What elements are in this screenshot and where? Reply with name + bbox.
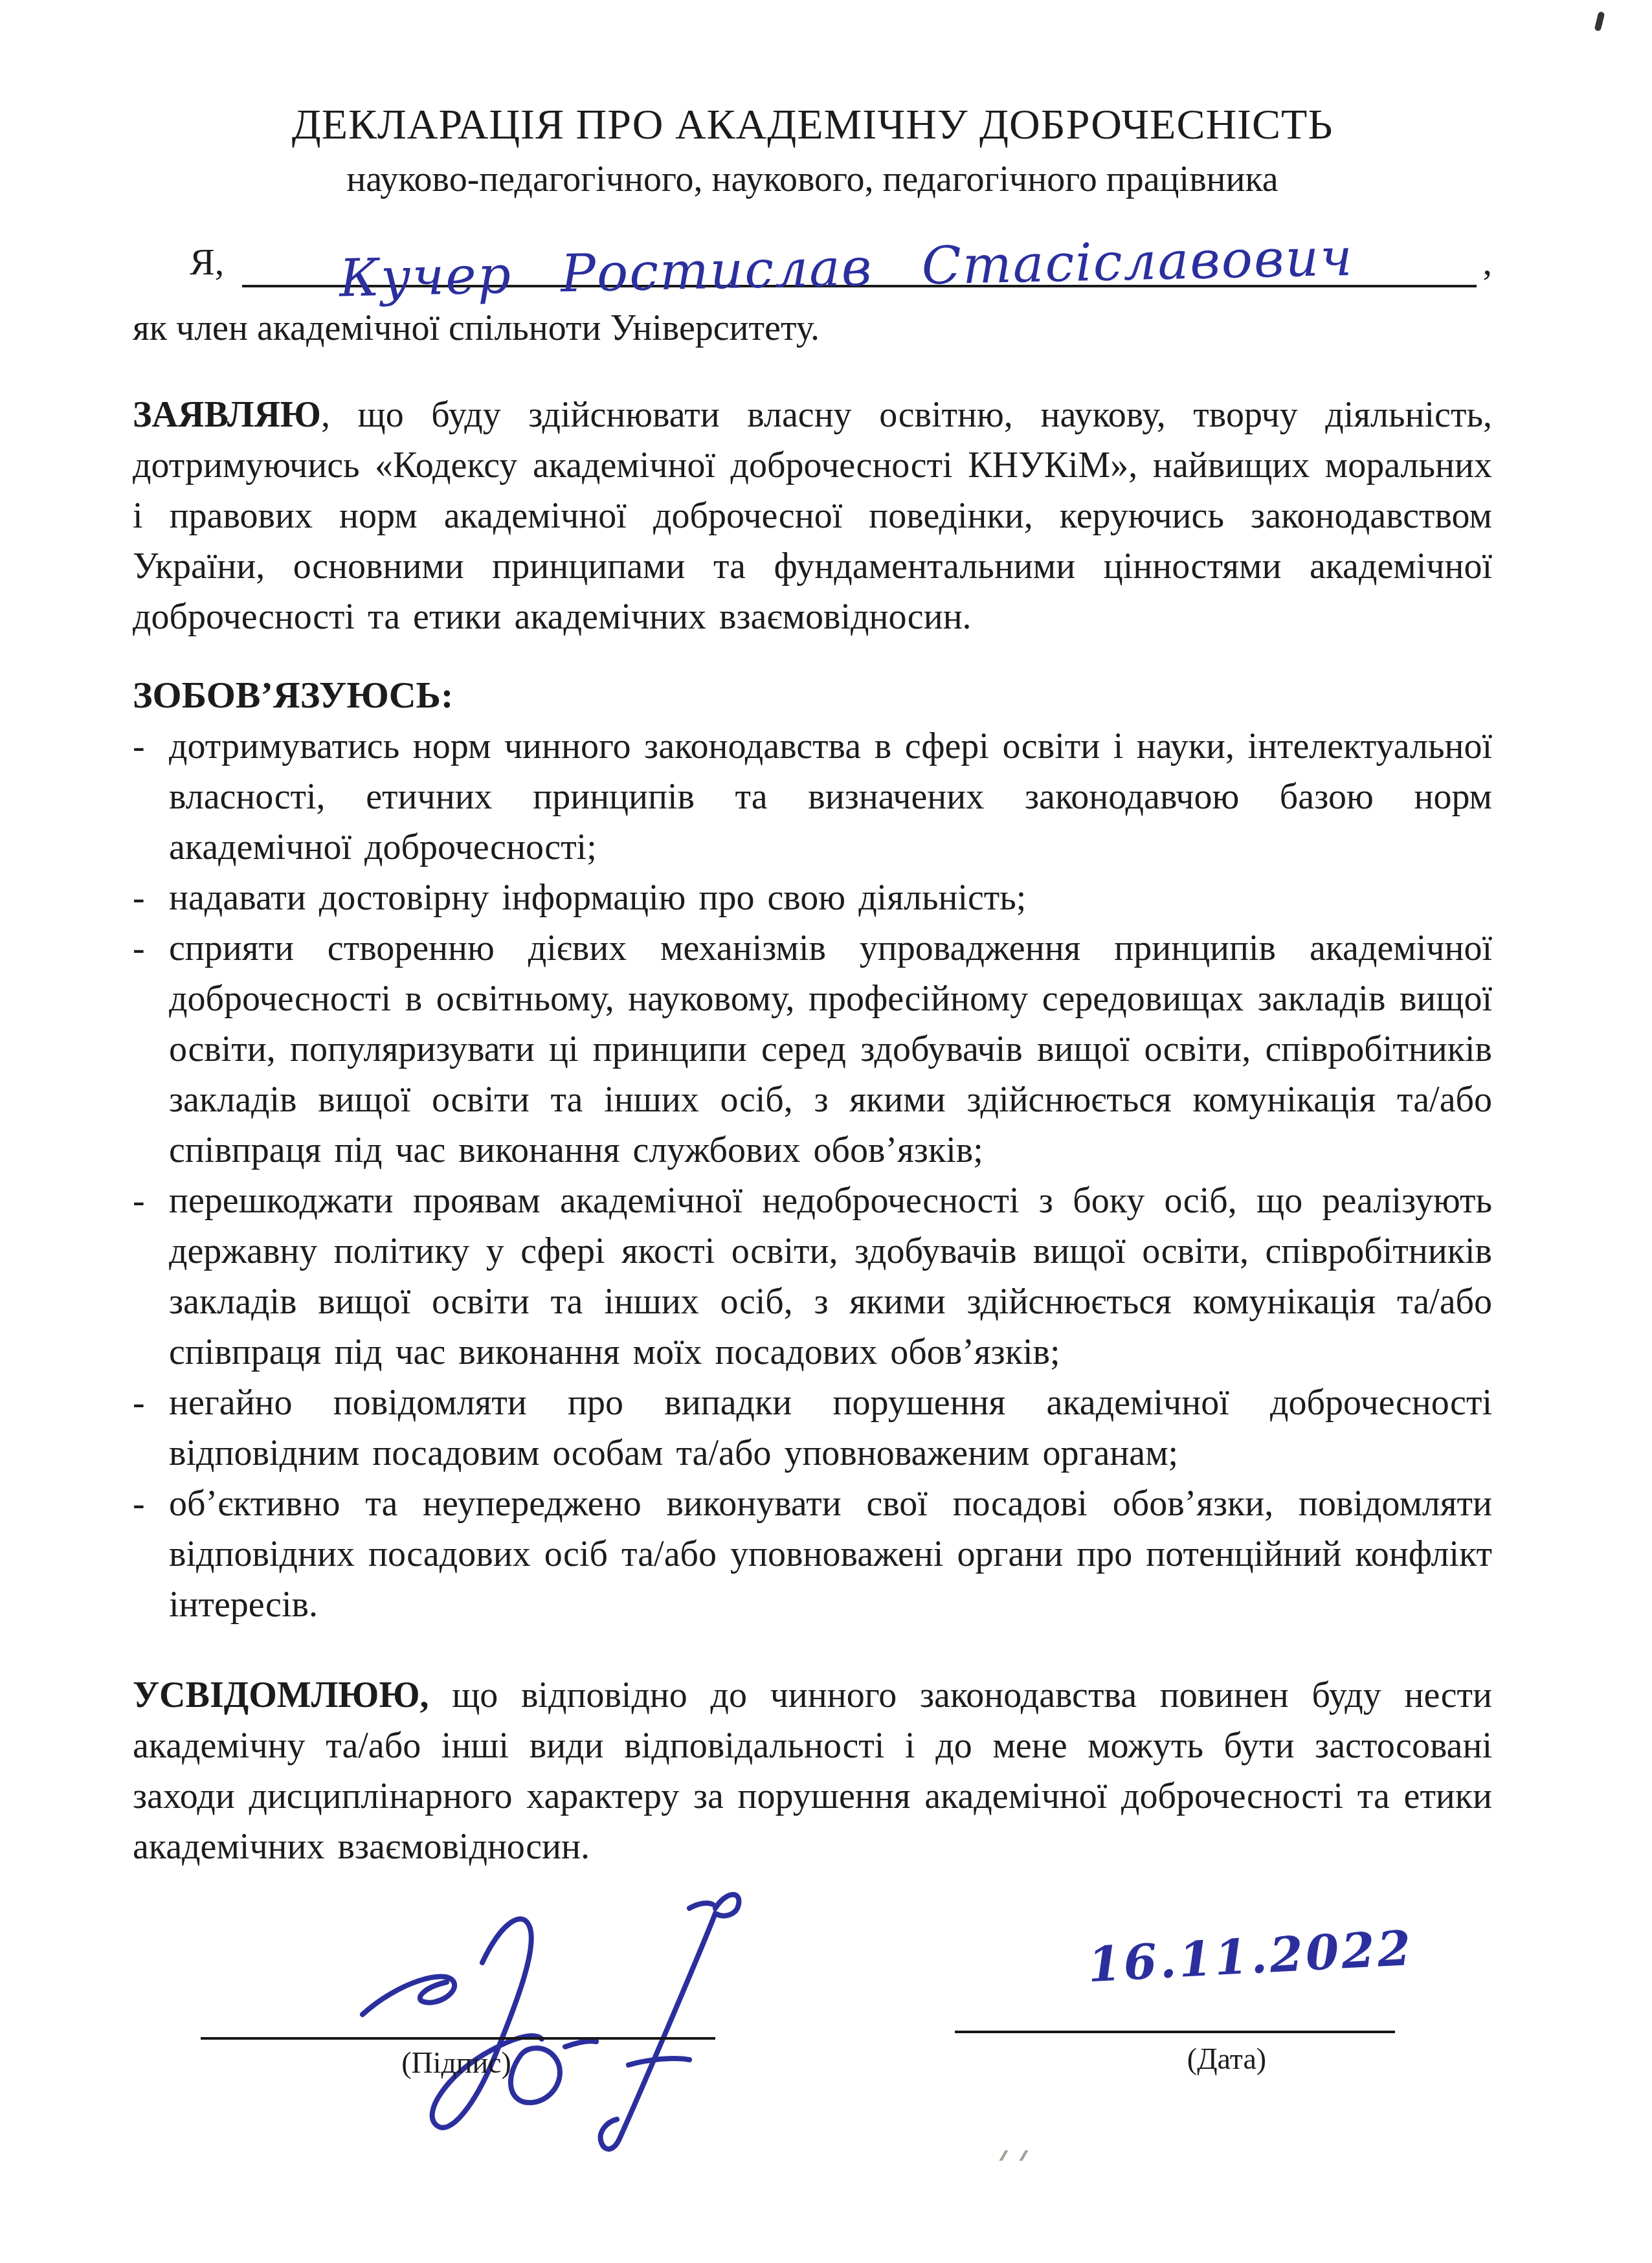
statement-text: , що буду здійснювати власну освітню, на… xyxy=(133,395,1492,637)
name-underline: Кучер Ростислав Стасіславович xyxy=(242,217,1476,287)
bullet-dash: - xyxy=(133,1176,145,1226)
list-item-text: негайно повідомляти про випадки порушенн… xyxy=(169,1383,1492,1473)
signature-line xyxy=(201,2037,715,2040)
bullet-dash: - xyxy=(133,1478,145,1529)
list-item-text: дотримуватись норм чинного законодавства… xyxy=(169,726,1492,867)
date-caption: (Дата) xyxy=(1130,2042,1324,2076)
list-item: -сприяти створенню дієвих механізмів упр… xyxy=(133,923,1492,1176)
list-item-text: надавати достовірну інформацію про свою … xyxy=(169,878,1026,918)
list-item: -об’єктивно та неупереджено виконувати с… xyxy=(133,1478,1492,1630)
trailing-comma: , xyxy=(1483,240,1493,287)
bullet-dash: - xyxy=(133,873,145,923)
obligations-list: -дотримуватись норм чинного законодавств… xyxy=(133,721,1492,1630)
acknowledgement-paragraph: УСВІДОМЛЮЮ, що відповідно до чинного зак… xyxy=(133,1670,1492,1872)
list-item-text: перешкоджати проявам академічної недобро… xyxy=(169,1181,1492,1372)
obligations-heading: ЗОБОВ’ЯЗУЮСЬ: xyxy=(133,669,1492,721)
signature-caption: (Підпис) xyxy=(346,2046,566,2080)
statement-paragraph: ЗАЯВЛЯЮ, що буду здійснювати власну осві… xyxy=(133,390,1492,642)
signature-section: (Підпис) 16.11.2022 (Дата) xyxy=(133,1872,1492,2144)
list-item-text: об’єктивно та неупереджено виконувати св… xyxy=(169,1484,1492,1625)
document-title: ДЕКЛАРАЦІЯ ПРО АКАДЕМІЧНУ ДОБРОЧЕСНІСТЬ xyxy=(133,98,1492,151)
scan-artifact xyxy=(999,2150,1028,2161)
document-subtitle: науково-педагогічного, наукового, педаго… xyxy=(133,155,1492,203)
date-line xyxy=(955,2031,1395,2033)
bullet-dash: - xyxy=(133,721,145,772)
list-item: -негайно повідомляти про випадки порушен… xyxy=(133,1377,1492,1478)
list-item: -дотримуватись норм чинного законодавств… xyxy=(133,721,1492,873)
handwritten-date: 16.11.2022 xyxy=(1086,1921,1414,1993)
scanned-page: ДЕКЛАРАЦІЯ ПРО АКАДЕМІЧНУ ДОБРОЧЕСНІСТЬ … xyxy=(0,0,1652,2263)
list-item: -надавати достовірну інформацію про свою… xyxy=(133,873,1492,923)
list-item-text: сприяти створенню дієвих механізмів упро… xyxy=(169,928,1492,1170)
acknowledgement-keyword: УСВІДОМЛЮЮ, xyxy=(133,1675,429,1715)
scan-artifact xyxy=(1594,11,1605,32)
handwritten-name: Кучер Ростислав Стасіславович xyxy=(339,227,1354,309)
declarant-name-row: Я, Кучер Ростислав Стасіславович , xyxy=(190,217,1492,287)
statement-keyword: ЗАЯВЛЯЮ xyxy=(133,395,321,435)
list-item: -перешкоджати проявам академічної недобр… xyxy=(133,1176,1492,1377)
bullet-dash: - xyxy=(133,1377,145,1428)
bullet-dash: - xyxy=(133,923,145,974)
membership-line: як член академічної спільноти Університе… xyxy=(133,303,1492,353)
signature-ink xyxy=(327,1885,780,2157)
document-content: ДЕКЛАРАЦІЯ ПРО АКАДЕМІЧНУ ДОБРОЧЕСНІСТЬ … xyxy=(133,0,1492,2144)
pronoun-label: Я, xyxy=(190,240,224,287)
